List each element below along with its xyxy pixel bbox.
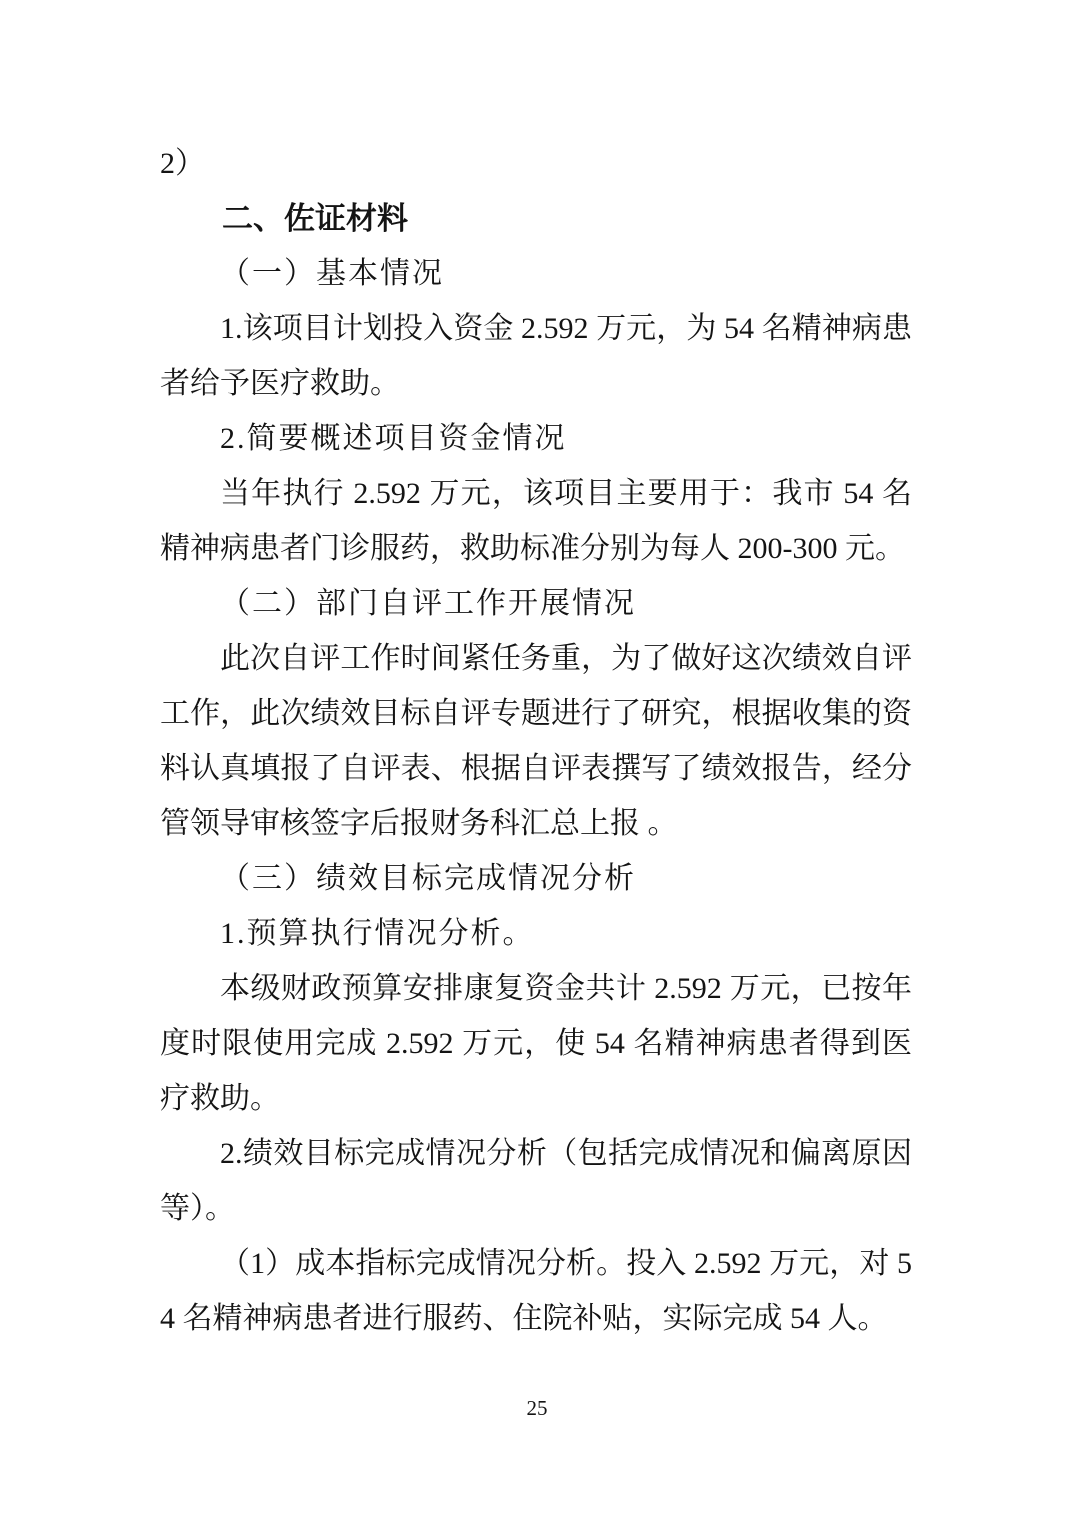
document-page: 2）二、佐证材料（一）基本情况1.该项目计划投入资金 2.592 万元，为 54… [0,0,1074,1520]
paragraph: （三）绩效目标完成情况分析 [160,851,912,906]
paragraph: 1.预算执行情况分析。 [160,906,912,961]
paragraph: 本级财政预算安排康复资金共计 2.592 万元，已按年度时限使用完成 2.592… [160,961,912,1126]
paragraph: 2） [160,136,912,191]
paragraph: 1.该项目计划投入资金 2.592 万元，为 54 名精神病患者给予医疗救助。 [160,301,912,411]
paragraph: 2.绩效目标完成情况分析（包括完成情况和偏离原因等）。 [160,1126,912,1236]
page-footer: 25 [0,1396,1074,1421]
paragraph: （二）部门自评工作开展情况 [160,576,912,631]
paragraph: （1）成本指标完成情况分析。投入 2.592 万元，对 54 名精神病患者进行服… [160,1236,912,1346]
paragraph: 当年执行 2.592 万元，该项目主要用于：我市 54 名精神病患者门诊服药，救… [160,466,912,576]
paragraph: 2.简要概述项目资金情况 [160,411,912,466]
section-heading: 二、佐证材料 [160,191,912,246]
paragraph: 此次自评工作时间紧任务重，为了做好这次绩效自评工作，此次绩效目标自评专题进行了研… [160,631,912,851]
page-number: 25 [527,1396,548,1420]
paragraph: （一）基本情况 [160,246,912,301]
document-body: 2）二、佐证材料（一）基本情况1.该项目计划投入资金 2.592 万元，为 54… [160,136,912,1346]
